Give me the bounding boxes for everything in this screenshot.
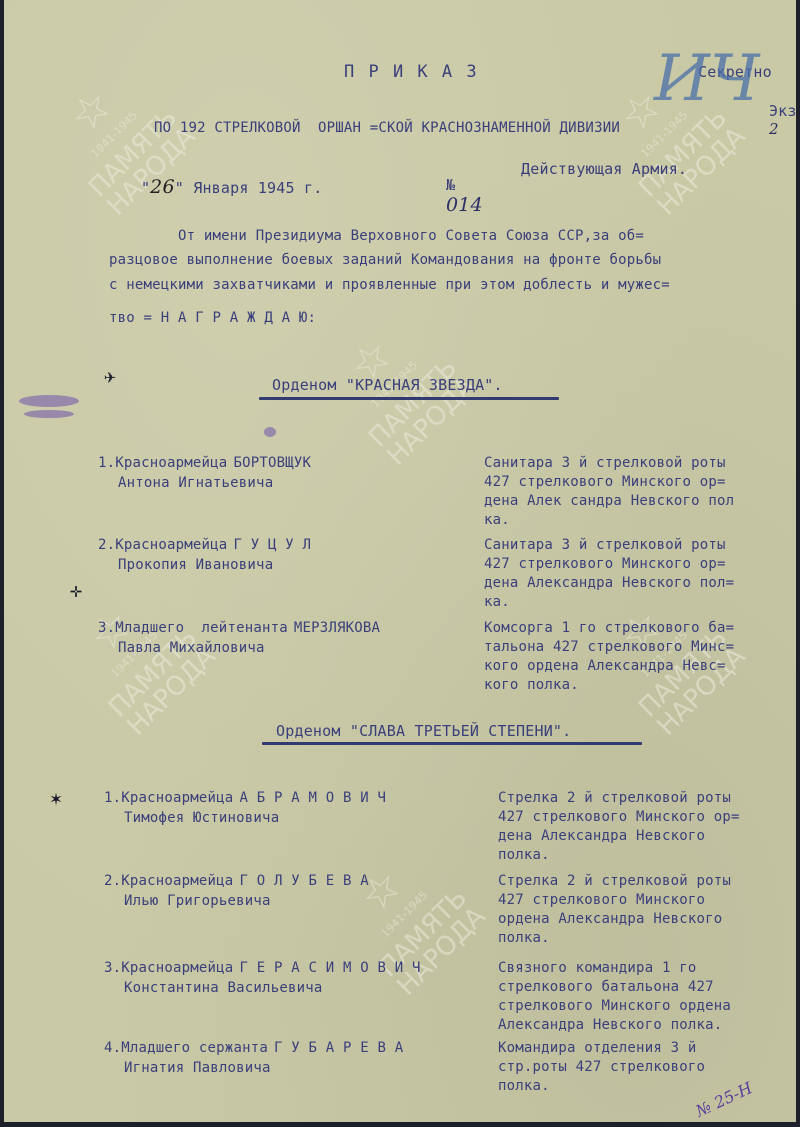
recipient-num: 4. [104, 1040, 121, 1056]
watermark: ☆ 1941-1945 ПАМЯТЬ НАРОДА [321, 831, 496, 1006]
recipient-position-line: стрелкового батальона 427 [498, 979, 714, 995]
preamble-line: От имени Президиума Верховного Совета Со… [109, 228, 644, 244]
recipient-surname: БОРТОВЩУК [233, 455, 311, 471]
preamble-line: с немецкими захватчиками и проявленные п… [109, 277, 670, 293]
document-title: П Р И К А З [344, 62, 479, 82]
recipient-given-name: Павла Михайловича [118, 640, 265, 656]
recipient-name-line: 4.Младшего сержантаГ У Б А Р Е В А [104, 1040, 403, 1056]
unit-line: ПО 192 СТРЕЛКОВОЙ ОРШАН =СКОЙ КРАСНОЗНАМ… [154, 120, 620, 136]
recipient-position-line: кого полка. [484, 677, 579, 693]
recipient-name-line: 2.КрасноармейцаГ О Л У Б Е В А [104, 873, 369, 889]
recipient-position-line: 427 стрелкового Минского ор= [484, 556, 726, 572]
recipient-given-name: Илью Григорьевича [124, 893, 271, 909]
recipient-position-line: Санитара 3 й стрелковой роты [484, 537, 726, 553]
recipient-rank: Красноармейца [115, 455, 227, 471]
recipient-position-line: 427 стрелкового Минского ор= [498, 809, 740, 825]
recipient-surname: МЕРЗЛЯКОВА [294, 620, 380, 636]
recipient-position-line: стр.роты 427 стрелкового [498, 1059, 705, 1075]
recipient-position-line: ка. [484, 594, 510, 610]
recipient-position-line: тальона 427 стрелкового Минс= [484, 639, 734, 655]
recipient-given-name: Тимофея Юстиновича [124, 810, 279, 826]
recipient-rank: Красноармейца [121, 960, 233, 976]
recipient-rank: Младшего лейтенанта [115, 620, 288, 636]
recipient-name-line: 1.КрасноармейцаА Б Р А М О В И Ч [104, 790, 386, 806]
recipient-name-line: 2.КрасноармейцаГ У Ц У Л [98, 537, 311, 553]
recipient-position-line: Командира отделения 3 й [498, 1040, 696, 1056]
ink-smudge [264, 427, 276, 437]
recipient-surname: Г О Л У Б Е В А [239, 873, 368, 889]
heading-underline [259, 397, 559, 400]
recipient-num: 1. [104, 790, 121, 806]
recipient-position-line: полка. [498, 847, 550, 863]
date-line: "26" Января 1945 г. [104, 158, 322, 216]
ink-smudge [19, 395, 79, 407]
heading-underline [262, 742, 642, 745]
document-page: ☆ 1941-1945 ПАМЯТЬ НАРОДА ☆ 1941-1945 ПА… [4, 0, 796, 1122]
archive-mark: № 25-Н [693, 1078, 755, 1121]
recipient-rank: Красноармейца [121, 873, 233, 889]
recipient-num: 1. [98, 455, 115, 471]
recipient-position-line: стрелкового Минского ордена [498, 998, 731, 1014]
recipient-given-name: Антона Игнатьевича [118, 475, 273, 491]
recipient-position-line: полка. [498, 1078, 550, 1094]
recipient-surname: Г У Ц У Л [233, 537, 311, 553]
pin-mark: ✛ [70, 578, 82, 602]
recipient-given-name: Прокопия Ивановича [118, 557, 273, 573]
recipient-surname: Г У Б А Р Е В А [274, 1040, 403, 1056]
ink-smudge [24, 410, 74, 418]
location-label: Действующая Армия. [521, 160, 687, 178]
recipient-rank: Младшего сержанта [121, 1040, 268, 1056]
recipient-num: 2. [104, 873, 121, 889]
recipient-position-line: Стрелка 2 й стрелковой роты [498, 790, 731, 806]
recipient-position-line: Стрелка 2 й стрелковой роты [498, 873, 731, 889]
recipient-name-line: 1.КрасноармейцаБОРТОВЩУК [98, 455, 311, 471]
recipient-position-line: Комсорга 1 го стрелкового ба= [484, 620, 734, 636]
recipient-surname: Г Е Р А С И М О В И Ч [239, 960, 420, 976]
section-heading: Орденом "СЛАВА ТРЕТЬЕЙ СТЕПЕНИ". [276, 722, 571, 740]
recipient-name-line: 3.КрасноармейцаГ Е Р А С И М О В И Ч [104, 960, 421, 976]
recipient-position-line: 427 стрелкового Минского ор= [484, 474, 726, 490]
recipient-position-line: ордена Александра Невского [498, 911, 722, 927]
recipient-given-name: Игнатия Павловича [124, 1060, 271, 1076]
recipient-position-line: Александра Невского полка. [498, 1017, 722, 1033]
recipient-position-line: дена Алек сандра Невского пол [484, 493, 734, 509]
recipient-surname: А Б Р А М О В И Ч [239, 790, 386, 806]
recipient-name-line: 3.Младшего лейтенантаМЕРЗЛЯКОВА [98, 620, 380, 636]
recipient-position-line: ка. [484, 512, 510, 528]
recipient-position-line: дена Александра Невского [498, 828, 705, 844]
recipient-num: 3. [98, 620, 115, 636]
handwritten-initials: ИЧ [654, 42, 759, 116]
recipient-num: 2. [98, 537, 115, 553]
preamble-line: разцовое выполнение боевых заданий Коман… [109, 252, 661, 268]
pin-mark: ✶ [50, 786, 62, 810]
recipient-position-line: дена Александра Невского пол= [484, 575, 734, 591]
recipient-rank: Красноармейца [115, 537, 227, 553]
recipient-position-line: Связного командира 1 го [498, 960, 696, 976]
recipient-num: 3. [104, 960, 121, 976]
recipient-position-line: 427 стрелкового Минского [498, 892, 705, 908]
order-number: № 014 [409, 158, 483, 234]
section-heading: Орденом "КРАСНАЯ ЗВЕЗДА". [272, 376, 503, 394]
preamble-line: тво = Н А Г Р А Ж Д А Ю: [109, 310, 316, 326]
pin-mark: ✈ [104, 364, 116, 388]
recipient-given-name: Константина Васильевича [124, 980, 322, 996]
recipient-position-line: полка. [498, 930, 550, 946]
recipient-position-line: кого ордена Александра Невс= [484, 658, 726, 674]
recipient-position-line: Санитара 3 й стрелковой роты [484, 455, 726, 471]
recipient-rank: Красноармейца [121, 790, 233, 806]
